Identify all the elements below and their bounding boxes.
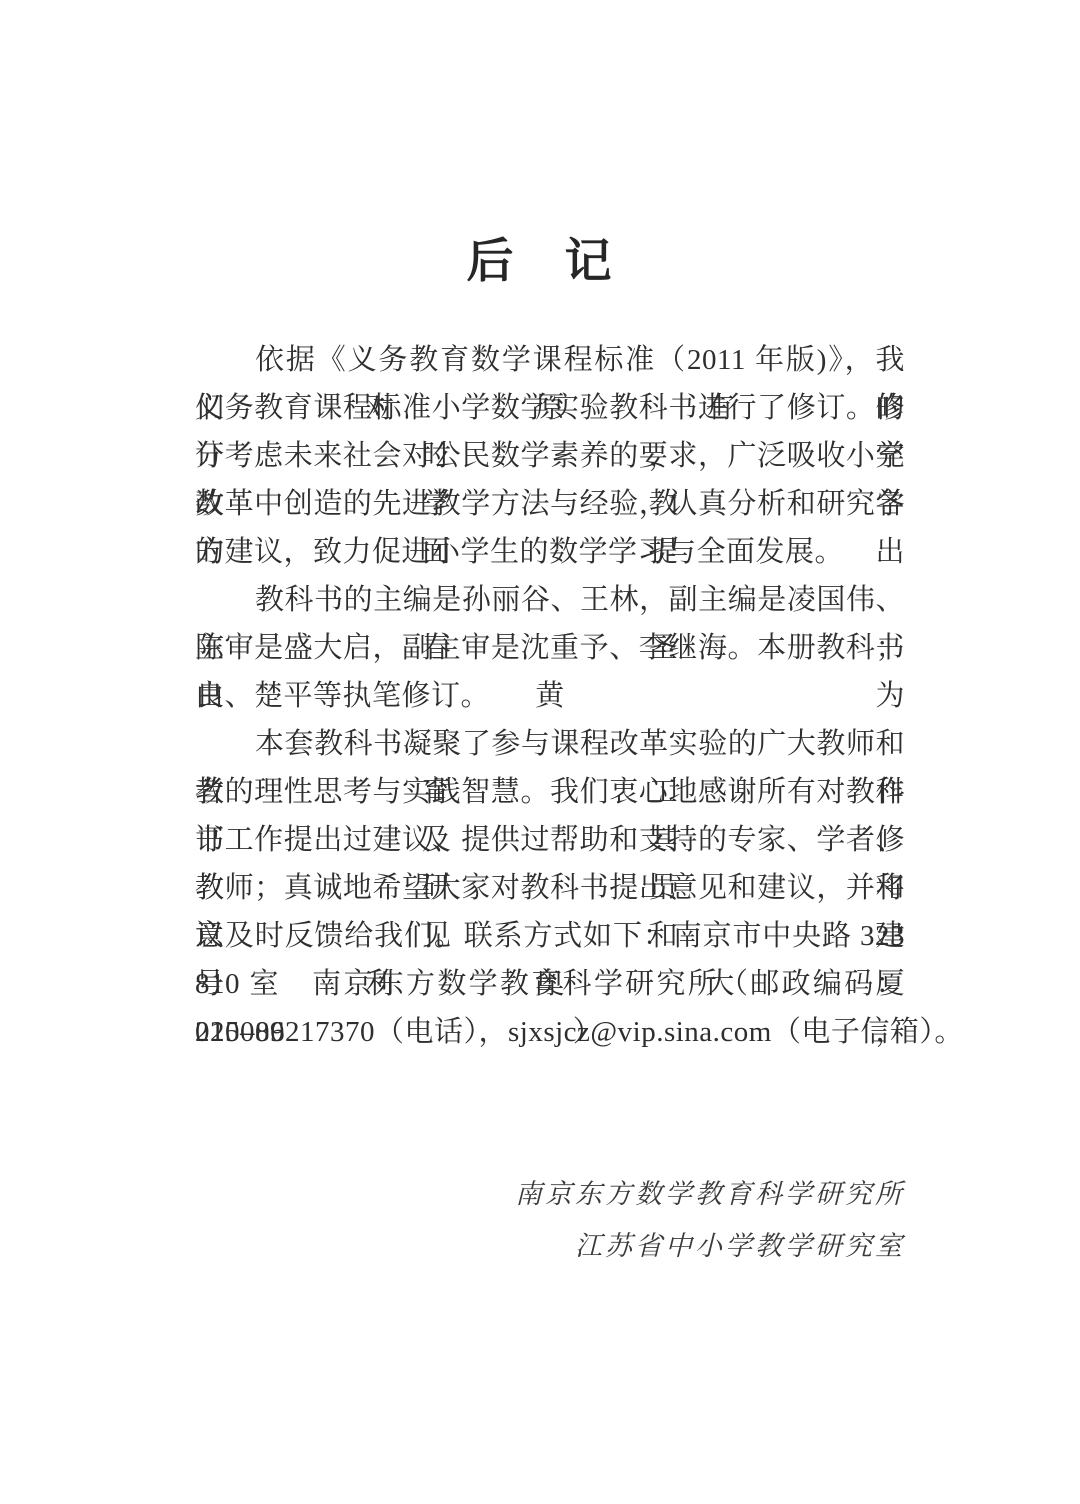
signature-line-institute: 南京东方数学教育科学研究所 [515, 1168, 905, 1220]
body-line: 教科书的主编是孙丽谷、王林，副主编是凌国伟、陈春圣； [195, 576, 905, 624]
body-line: 教师；真诚地希望大家对教科书提出意见和建议，并将意见和建 [195, 864, 905, 912]
signature-line-office: 江苏省中小学教学研究室 [515, 1220, 905, 1272]
body-text: 依据《义务教育数学课程标准（2011 年版)》，我们对原有的 义务教育课程标准小… [195, 336, 905, 1056]
body-line: 的建议，致力促进小学生的数学学习与全面发展。 [195, 528, 905, 576]
body-line: 者的理性思考与实践智慧。我们衷心地感谢所有对教科书及其修 [195, 768, 905, 816]
body-line: 订工作提出过建议、提供过帮助和支持的专家、学者、教研员和 [195, 816, 905, 864]
body-line: 义务教育课程标准小学数学实验教科书进行了修订。修订时，充 [195, 384, 905, 432]
body-line: 依据《义务教育数学课程标准（2011 年版)》，我们对原有的 [195, 336, 905, 384]
body-line: 议及时反馈给我们。联系方式如下：南京市中央路 323 号利奥大厦 [195, 912, 905, 960]
body-line: 主审是盛大启，副主审是沈重予、李继海。本册教科书由黄为 [195, 624, 905, 672]
body-line: 本套教科书凝聚了参与课程改革实验的广大教师和教育工作 [195, 720, 905, 768]
page-title: 后 记 [0, 224, 1080, 291]
body-line: 810 室 南京东方数学教育科学研究所（邮政编码：210009）， [195, 960, 905, 1008]
body-line: 改革中创造的先进教学方法与经验，认真分析和研究各方面提出 [195, 480, 905, 528]
document-page: 后 记 依据《义务教育数学课程标准（2011 年版)》，我们对原有的 义务教育课… [0, 0, 1080, 1504]
body-line: 025–86217370（电话），sjxsjcz@vip.sina.com（电子… [195, 1008, 905, 1056]
signature-block: 南京东方数学教育科学研究所 江苏省中小学教学研究室 [515, 1168, 905, 1272]
body-line: 分考虑未来社会对公民数学素养的要求，广泛吸收小学数学教学 [195, 432, 905, 480]
